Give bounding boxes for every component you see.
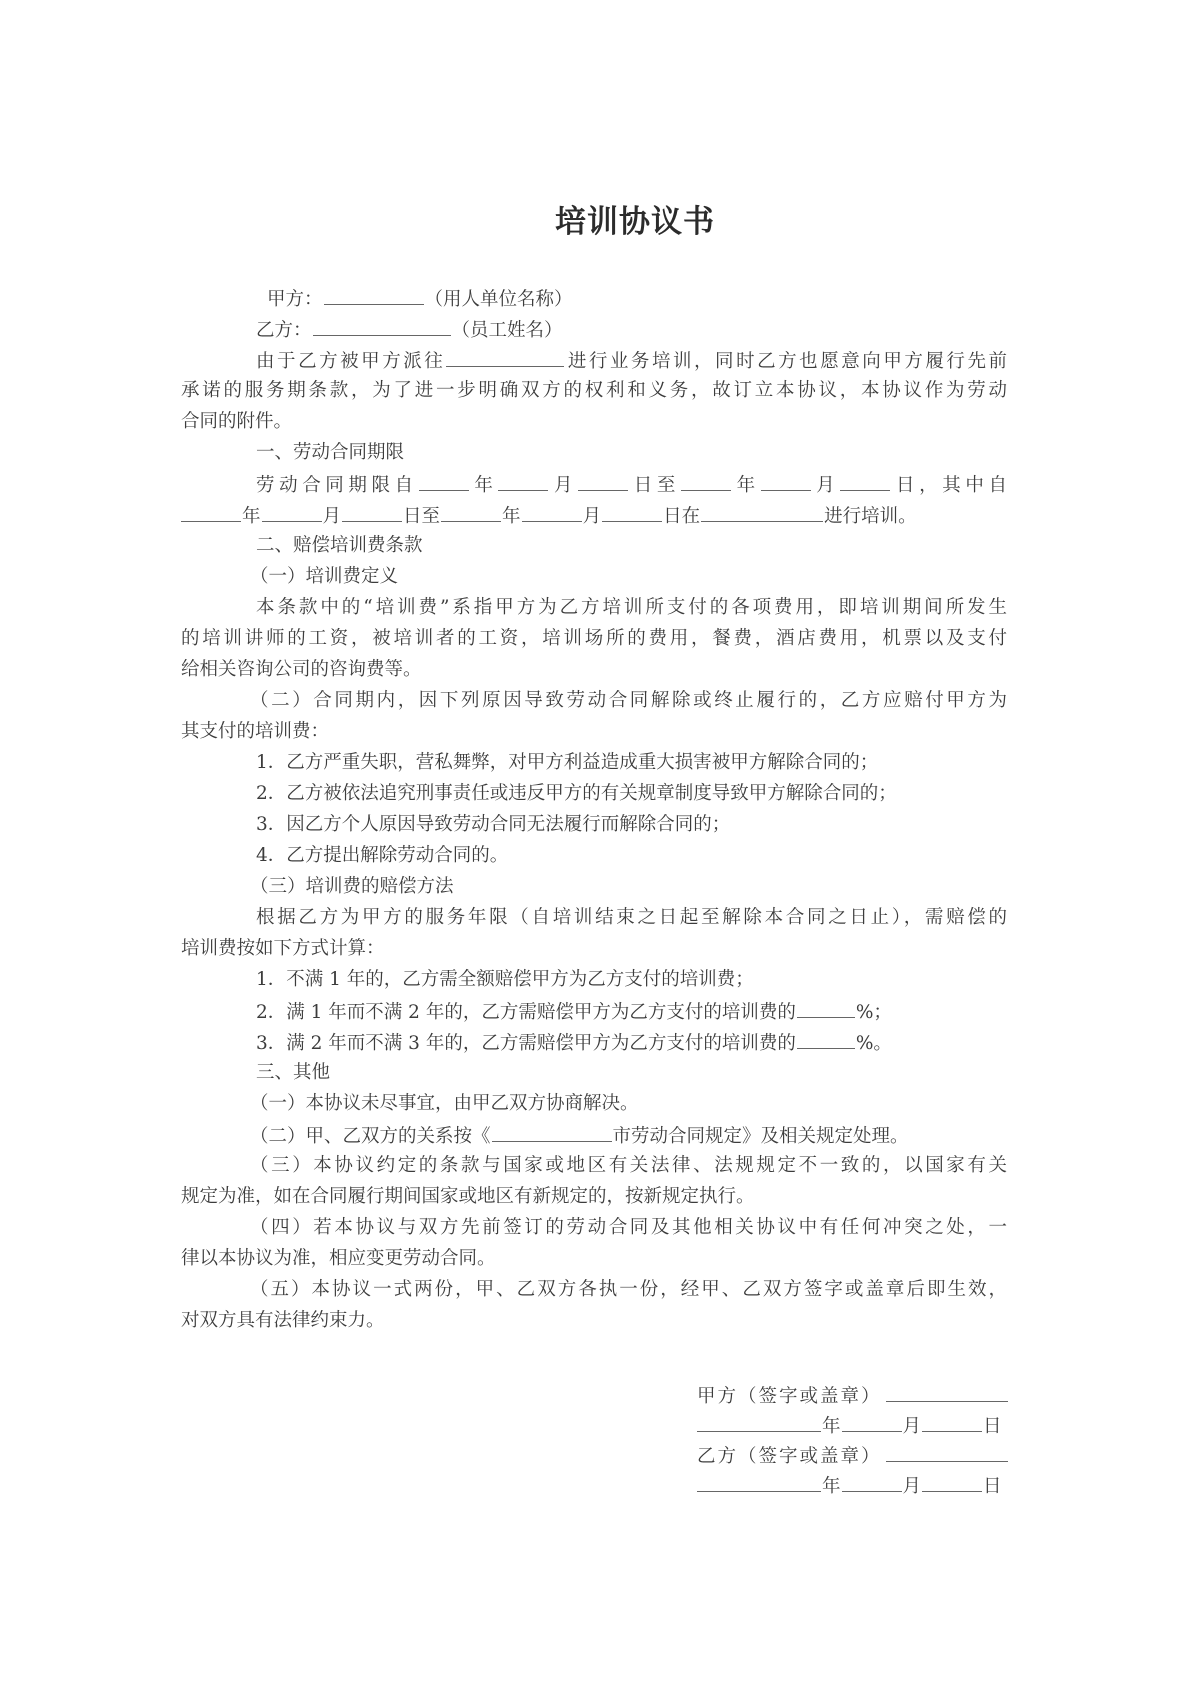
- party-b-day-blank[interactable]: [922, 1473, 982, 1492]
- party-b-line: 乙方：（员工姓名）: [256, 317, 563, 341]
- fee-definition-line-2: 的培训讲师的工资，被培训者的工资，培训场所的费用，餐费，酒店费用，机票以及支付: [181, 627, 1007, 651]
- termination-item-1: 1．乙方严重失职，营私舞弊，对甲方利益造成重大损害被甲方解除合同的；: [256, 751, 878, 775]
- party-a-day-blank[interactable]: [922, 1413, 982, 1432]
- subsection-2-2-line-2: 其支付的培训费：: [181, 720, 329, 744]
- training-start-month-blank[interactable]: [262, 503, 322, 522]
- document-title: 培训协议书: [0, 196, 1190, 241]
- subsection-2-2-line-1: （二）合同期内，因下列原因导致劳动合同解除或终止履行的，乙方应赔付甲方为: [250, 689, 1007, 713]
- term-start-month-blank[interactable]: [498, 472, 548, 491]
- training-location-blank[interactable]: [446, 348, 564, 367]
- party-a-name-blank[interactable]: [324, 286, 424, 305]
- month-label: 月: [323, 506, 342, 527]
- day-at-label: 日在: [663, 506, 700, 527]
- intro-line-3: 合同的附件。: [181, 410, 292, 434]
- subsection-2-3-heading: （三）培训费的赔偿方法: [250, 875, 454, 899]
- compensation-item-1: 1．不满 1 年的，乙方需全额赔偿甲方为乙方支付的培训费；: [256, 968, 754, 992]
- other-clause-3-line-2: 规定为准，如在合同履行期间国家或地区有新规定的，按新规定执行。: [181, 1185, 755, 1209]
- contract-term-line: 劳动合同期限自年月日至年月日，其中自: [256, 472, 1007, 496]
- other-clause-4-line-2: 律以本协议为准，相应变更劳动合同。: [181, 1247, 496, 1271]
- day-label: 日: [983, 1476, 1002, 1497]
- training-end-day-blank[interactable]: [602, 503, 662, 522]
- day-comma-label: 日，其中自: [891, 475, 1007, 496]
- party-a-date-line: 年月日: [697, 1413, 1002, 1439]
- party-a-signature-blank[interactable]: [886, 1383, 1008, 1402]
- percentage-2-3yr-blank[interactable]: [797, 1030, 855, 1049]
- other-clause-5-line-1: （五）本协议一式两份，甲、乙双方各执一份，经甲、乙双方签字或盖章后即生效，: [250, 1278, 1007, 1302]
- other-clause-2: （二）甲、乙双方的关系按《市劳动合同规定》及相关规定处理。: [250, 1123, 909, 1147]
- term-text: 劳动合同期限自: [256, 475, 418, 496]
- party-a-month-blank[interactable]: [842, 1413, 902, 1432]
- percentage-1-2yr-blank[interactable]: [797, 999, 855, 1018]
- section-3-heading: 三、其他: [256, 1061, 330, 1085]
- section-1-heading: 一、劳动合同期限: [256, 441, 404, 465]
- clause-2-text: （二）甲、乙双方的关系按《: [250, 1126, 491, 1147]
- month-label: 月: [903, 1476, 922, 1497]
- percent-sign: %；: [856, 1002, 892, 1023]
- day-to-label: 日至: [403, 506, 440, 527]
- training-place-blank[interactable]: [701, 503, 823, 522]
- term-end-day-blank[interactable]: [840, 472, 890, 491]
- compensation-item-3: 3．满 2 年而不满 3 年的，乙方需赔偿甲方为乙方支付的培训费的%。: [256, 1030, 892, 1054]
- party-a-signature-line: 甲方（签字或盖章）: [697, 1383, 1009, 1409]
- intro-line-2: 承诺的服务期条款，为了进一步明确双方的权利和义务，故订立本协议，本协议作为劳动: [181, 379, 1007, 403]
- party-a-line: 甲方：（用人单位名称）: [267, 286, 573, 310]
- party-b-signature-label: 乙方（签字或盖章）: [697, 1446, 882, 1467]
- month-label: 月: [812, 475, 840, 496]
- training-end-year-blank[interactable]: [441, 503, 501, 522]
- termination-item-2: 2．乙方被依法追究刑事责任或违反甲方的有关规章制度导致甲方解除合同的；: [256, 782, 897, 806]
- party-b-signature-blank[interactable]: [886, 1443, 1008, 1462]
- training-start-year-blank[interactable]: [181, 503, 241, 522]
- party-b-year-blank[interactable]: [697, 1473, 821, 1492]
- party-b-hint: （员工姓名）: [452, 320, 563, 341]
- day-to-label: 日至: [629, 475, 680, 496]
- training-period-line: 年月日至年月日在进行培训。: [181, 503, 917, 527]
- clause-2-text: 市劳动合同规定》及相关规定处理。: [613, 1126, 909, 1147]
- party-b-label: 乙方：: [256, 320, 312, 341]
- party-b-name-blank[interactable]: [313, 317, 451, 336]
- month-label: 月: [549, 475, 577, 496]
- intro-line-1: 由于乙方被甲方派往进行业务培训，同时乙方也愿意向甲方履行先前: [256, 348, 1007, 372]
- compensation-item-2: 2．满 1 年而不满 2 年的，乙方需赔偿甲方为乙方支付的培训费的%；: [256, 999, 892, 1023]
- city-name-blank[interactable]: [492, 1123, 612, 1142]
- term-end-year-blank[interactable]: [681, 472, 731, 491]
- year-label: 年: [822, 1416, 841, 1437]
- party-b-month-blank[interactable]: [842, 1473, 902, 1492]
- percent-sign: %。: [856, 1033, 892, 1054]
- training-end-month-blank[interactable]: [522, 503, 582, 522]
- party-a-year-blank[interactable]: [697, 1413, 821, 1432]
- party-b-date-line: 年月日: [697, 1473, 1002, 1499]
- year-label: 年: [470, 475, 498, 496]
- term-end-month-blank[interactable]: [761, 472, 811, 491]
- other-clause-5-line-2: 对双方具有法律约束力。: [181, 1309, 385, 1333]
- intro-text: 由于乙方被甲方派往: [256, 351, 445, 372]
- term-start-day-blank[interactable]: [578, 472, 628, 491]
- party-a-signature-label: 甲方（签字或盖章）: [697, 1386, 882, 1407]
- compensation-line-1: 根据乙方为甲方的服务年限（自培训结束之日起至解除本合同之日止），需赔偿的: [256, 906, 1007, 930]
- year-label: 年: [822, 1476, 841, 1497]
- party-a-label: 甲方：: [267, 289, 323, 310]
- party-a-hint: （用人单位名称）: [425, 289, 573, 310]
- compensation-item-3-text: 3．满 2 年而不满 3 年的，乙方需赔偿甲方为乙方支付的培训费的: [256, 1033, 796, 1054]
- section-2-heading: 二、赔偿培训费条款: [256, 534, 423, 558]
- other-clause-4-line-1: （四）若本协议与双方先前签订的劳动合同及其他相关协议中有任何冲突之处，一: [250, 1216, 1007, 1240]
- training-suffix: 进行培训。: [824, 506, 917, 527]
- year-label: 年: [732, 475, 760, 496]
- training-start-day-blank[interactable]: [342, 503, 402, 522]
- month-label: 月: [903, 1416, 922, 1437]
- other-clause-3-line-1: （三）本协议约定的条款与国家或地区有关法律、法规规定不一致的，以国家有关: [250, 1154, 1007, 1178]
- intro-text: 进行业务培训，同时乙方也愿意向甲方履行先前: [565, 351, 1007, 372]
- document-page: 培训协议书 甲方：（用人单位名称） 乙方：（员工姓名） 由于乙方被甲方派往进行业…: [0, 0, 1190, 1683]
- subsection-2-1-heading: （一）培训费定义: [250, 565, 398, 589]
- fee-definition-line-3: 给相关咨询公司的咨询费等。: [181, 658, 422, 682]
- day-label: 日: [983, 1416, 1002, 1437]
- year-label: 年: [242, 506, 261, 527]
- other-clause-1: （一）本协议未尽事宜，由甲乙双方协商解决。: [250, 1092, 639, 1116]
- month-label: 月: [583, 506, 602, 527]
- year-label: 年: [502, 506, 521, 527]
- fee-definition-line-1: 本条款中的“培训费”系指甲方为乙方培训所支付的各项费用，即培训期间所发生: [256, 596, 1007, 620]
- termination-item-3: 3．因乙方个人原因导致劳动合同无法履行而解除合同的；: [256, 813, 730, 837]
- term-start-year-blank[interactable]: [419, 472, 469, 491]
- party-b-signature-line: 乙方（签字或盖章）: [697, 1443, 1009, 1469]
- termination-item-4: 4．乙方提出解除劳动合同的。: [256, 844, 508, 868]
- compensation-item-2-text: 2．满 1 年而不满 2 年的，乙方需赔偿甲方为乙方支付的培训费的: [256, 1002, 796, 1023]
- compensation-line-2: 培训费按如下方式计算：: [181, 937, 385, 961]
